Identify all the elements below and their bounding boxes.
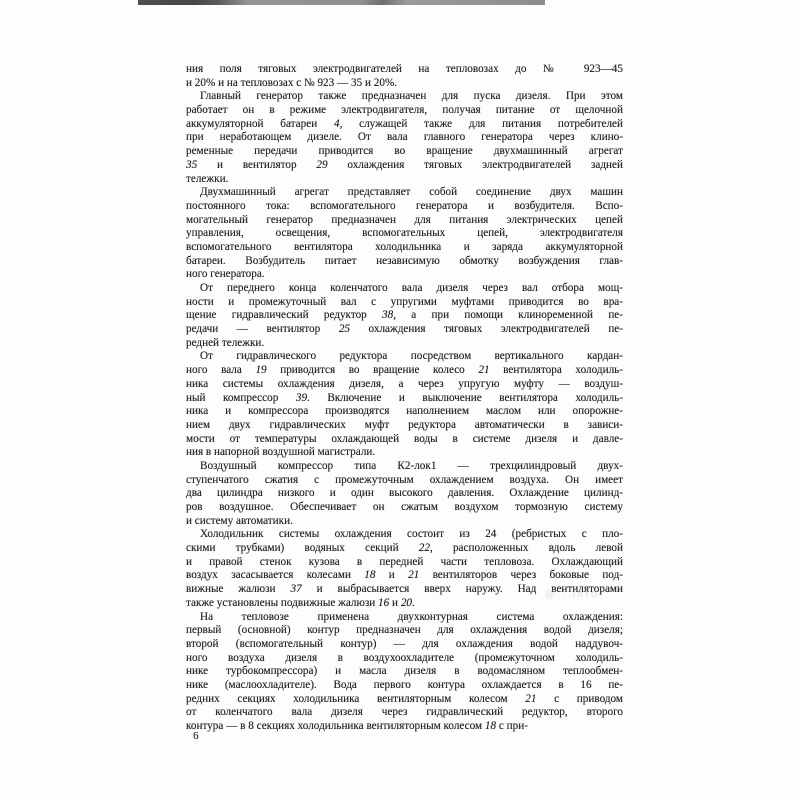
watermark: @...info bbox=[545, 588, 715, 603]
text-line: мости от температуры охлаждающей воды в … bbox=[186, 433, 623, 447]
figure-ref: 18 bbox=[485, 720, 496, 732]
text-line: и систему автоматики. bbox=[186, 515, 623, 529]
text-line: редней тележки. bbox=[186, 337, 623, 351]
text-line: На тепловозе применена двухконтурная сис… bbox=[186, 611, 623, 625]
figure-ref: 16 bbox=[378, 597, 389, 609]
text-line: ного генератора. bbox=[186, 268, 623, 282]
figure-ref: 38 bbox=[382, 309, 393, 321]
paragraph: Двухмашинный агрегат представляет собой … bbox=[186, 186, 623, 282]
figure-ref: 4 bbox=[334, 118, 340, 130]
text-line: ного вала 19 приводится во вращение коле… bbox=[186, 364, 623, 378]
text-line: щение гидравлический редуктор 38, а при … bbox=[186, 309, 623, 323]
text-line: при неработающем дизеле. От вала главног… bbox=[186, 131, 623, 145]
figure-ref: 20 bbox=[401, 597, 412, 609]
text-line: постоянного тока: вспомогательного генер… bbox=[186, 200, 623, 214]
figure-ref: 21 bbox=[478, 364, 489, 376]
text-line: тележки. bbox=[186, 173, 623, 187]
figure-ref: 18 bbox=[364, 569, 375, 581]
text-line: вспомогательного вентилятора холодильник… bbox=[186, 241, 623, 255]
text-line: второй (вспомогательный контур) — для ох… bbox=[186, 638, 623, 652]
text-line: ступенчатого сжатия с промежуточным охла… bbox=[186, 474, 623, 488]
text-line: редачи — вентилятор 25 охлаждения тяговы… bbox=[186, 323, 623, 337]
figure-ref: 22 bbox=[419, 542, 430, 554]
figure-ref: 35 bbox=[186, 159, 197, 171]
text-line: нике турбокомпрессора) и масла дизеля в … bbox=[186, 665, 623, 679]
paragraph: Воздушный компрессор типа К2-лок1 — трех… bbox=[186, 460, 623, 528]
text-line: ния поля тяговых электродвигателей на те… bbox=[186, 63, 623, 77]
text-line: батареи. Возбудитель питает независимую … bbox=[186, 255, 623, 269]
text-line: аккумуляторной батареи 4, служащей также… bbox=[186, 118, 623, 132]
figure-ref: 25 bbox=[339, 323, 350, 335]
text-line: работает он в режиме электродвигателя, п… bbox=[186, 104, 623, 118]
text-line: и 20% и на тепловозах с № 923 — 35 и 20%… bbox=[186, 77, 623, 91]
text-line: Главный генератор также предназначен для… bbox=[186, 90, 623, 104]
text-line: Двухмашинный агрегат представляет собой … bbox=[186, 186, 623, 200]
page-number: 6 bbox=[193, 730, 199, 742]
text-line: два цилиндра низкого и один высокого дав… bbox=[186, 487, 623, 501]
text-line: ный компрессор 39. Включение и выключени… bbox=[186, 392, 623, 406]
text-line: могательный генератор предназначен для п… bbox=[186, 214, 623, 228]
text-line: Холодильник системы охлаждения состоит и… bbox=[186, 528, 623, 542]
figure-ref: 19 bbox=[255, 364, 266, 376]
paragraph: ния поля тяговых электродвигателей на те… bbox=[186, 63, 623, 90]
text-line: нике (маслоохладителе). Вода первого кон… bbox=[186, 679, 623, 693]
paragraph: На тепловозе применена двухконтурная сис… bbox=[186, 611, 623, 734]
figure-ref: 37 bbox=[290, 583, 301, 595]
text-line: Воздушный компрессор типа К2-лок1 — трех… bbox=[186, 460, 623, 474]
figure-ref: 29 bbox=[316, 159, 327, 171]
figure-ref: 21 bbox=[525, 693, 536, 705]
paragraph: Главный генератор также предназначен для… bbox=[186, 90, 623, 186]
scan-page: ния поля тяговых электродвигателей на те… bbox=[0, 0, 800, 800]
text-line: управления, освещения, вспомогательных ц… bbox=[186, 227, 623, 241]
text-line: и правой стенок кузова в передней части … bbox=[186, 556, 623, 570]
figure-ref: 39 bbox=[296, 392, 307, 404]
text-line: скими трубками) водяных секций 22, распо… bbox=[186, 542, 623, 556]
text-line: От переднего конца коленчатого вала дизе… bbox=[186, 282, 623, 296]
text-line: 35 и вентилятор 29 охлаждения тяговых эл… bbox=[186, 159, 623, 173]
text-line: ника системы охлаждения дизеля, а через … bbox=[186, 378, 623, 392]
text-line: ности и промежуточный вал с упругими муф… bbox=[186, 296, 623, 310]
text-line: контура — в 8 секциях холодильника венти… bbox=[186, 720, 623, 734]
text-line: От гидравлического редуктора посредством… bbox=[186, 350, 623, 364]
text-line: воздух засасывается колесами 18 и 21 вен… bbox=[186, 569, 623, 583]
text-line: ника и компрессора производятся наполнен… bbox=[186, 405, 623, 419]
paragraph: От переднего конца коленчатого вала дизе… bbox=[186, 282, 623, 350]
text-line: редних секциях холодильника вентиляторны… bbox=[186, 693, 623, 707]
text-line: ров воздушное. Обеспечивает он сжатым во… bbox=[186, 501, 623, 515]
text-line: нием двух гидравлических муфт редуктора … bbox=[186, 419, 623, 433]
scan-edge-artifact bbox=[138, 0, 545, 5]
paragraph: От гидравлического редуктора посредством… bbox=[186, 350, 623, 460]
text-line: ного воздуха дизеля в воздухоохладителе … bbox=[186, 652, 623, 666]
text-line: первый (основной) контур предназначен дл… bbox=[186, 624, 623, 638]
text-block: ния поля тяговых электродвигателей на те… bbox=[186, 63, 623, 734]
text-line: ния в напорной воздушной магистрали. bbox=[186, 446, 623, 460]
figure-ref: 21 bbox=[408, 569, 419, 581]
text-line: от коленчатого вала дизеля через гидравл… bbox=[186, 706, 623, 720]
text-line: ременные передачи приводится во вращение… bbox=[186, 145, 623, 159]
